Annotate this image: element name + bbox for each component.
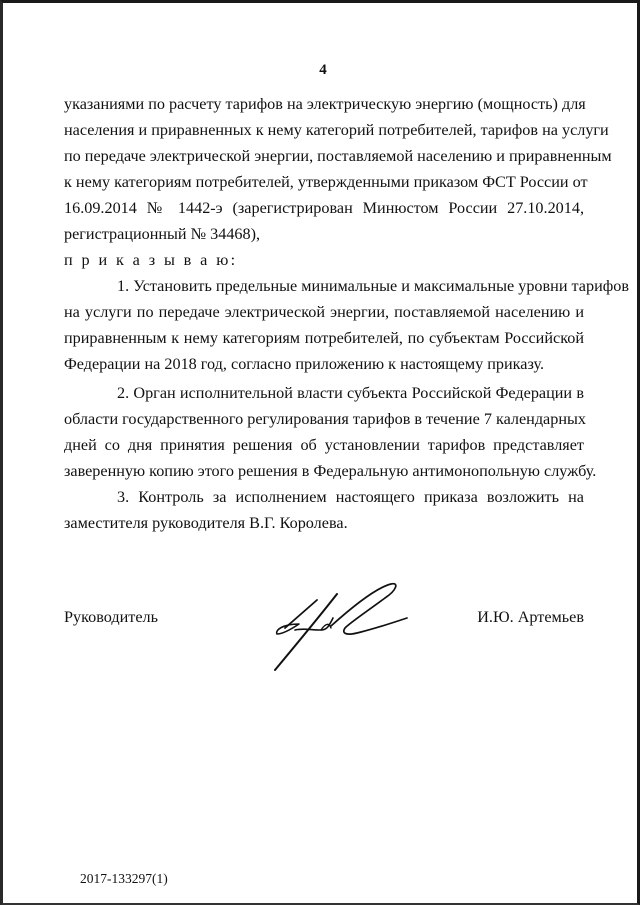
item-2-line: области государственного регулирования т… [64,406,584,432]
preamble-line: указаниями по расчету тарифов на электри… [64,91,584,117]
order-word: п р и к а з ы в а ю: [64,247,584,273]
document-id: 2017-133297(1) [80,871,168,887]
item-3-line: 3. Контроль за исполнением настоящего пр… [64,484,584,510]
document-body: указаниями по расчету тарифов на электри… [64,91,584,536]
preamble-line: к нему категориям потребителей, утвержде… [64,169,584,195]
preamble-line: населения и приравненных к нему категори… [64,117,584,143]
item-3-line: заместителя руководителя В.Г. Королева. [64,510,584,536]
item-1-line: на услуги по передаче электрической энер… [64,299,584,325]
preamble-line: 16.09.2014 № 1442-э (зарегистрирован Мин… [64,195,584,221]
item-2-line: 2. Орган исполнительной власти субъекта … [64,380,584,406]
item-2-line: заверенную копию этого решения в Федерал… [64,458,584,484]
document-page: 4 указаниями по расчету тарифов на элект… [0,0,640,905]
signatory-name: И.Ю. Артемьев [477,605,584,629]
item-2-line: дней со дня принятия решения об установл… [64,432,584,458]
signatory-title: Руководитель [64,605,158,629]
item-1-line: приравненным к нему категориям потребите… [64,325,584,351]
signature-block: Руководитель И.Ю. Артемьев [64,605,584,629]
item-1-line: 1. Установить предельные минимальные и м… [64,273,584,299]
item-1-line: Федерации на 2018 год, согласно приложен… [64,351,584,377]
preamble-line: по передаче электрической энергии, поста… [64,143,584,169]
page-number: 4 [3,61,640,79]
preamble-line: регистрационный № 34468), [64,221,584,247]
